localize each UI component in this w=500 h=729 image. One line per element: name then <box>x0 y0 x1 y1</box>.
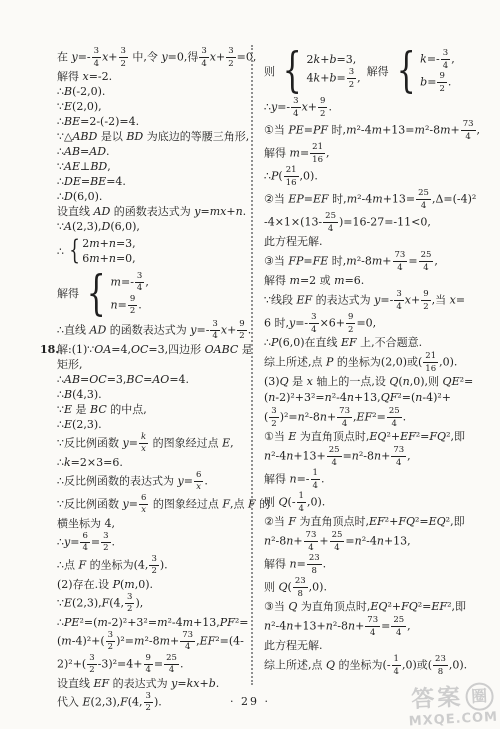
text-line: 在 y=-34x+32 中,令 y=0,得34x+32=0, <box>57 46 251 69</box>
text-line: (3)Q 是 x 轴上的一点,设 Q(n,0),则 QE²= <box>264 374 498 390</box>
fraction: 32 <box>347 67 356 90</box>
fraction: 34 <box>135 271 144 294</box>
text-line: (2)存在.设 P(m,0). <box>57 577 251 592</box>
fraction: 254 <box>387 406 402 429</box>
text-line: ∴y=64=32. <box>57 531 251 554</box>
text-line: ∵A(2,3),D(6,0), <box>57 219 251 234</box>
system-equation: n=92. <box>111 294 149 317</box>
column-divider-dotted-line <box>251 45 253 685</box>
text-line: ③当 FP=FE 时,m²-8m+734=254, <box>264 250 498 273</box>
fraction: 734 <box>337 406 352 429</box>
text-line: ②当 EP=EF 时,m²-4m+13=254,Δ=(-4)² <box>264 188 498 211</box>
left-brace: { <box>396 49 415 92</box>
fraction: 6x <box>194 470 203 493</box>
system-equation: 2k+b=3, <box>307 52 361 67</box>
text-line: 矩形, <box>57 357 251 372</box>
fraction: 64 <box>80 531 89 554</box>
text-line: ∵AE⊥BD, <box>57 159 251 174</box>
fraction: 32 <box>101 531 110 554</box>
watermark-brand-text: 答案 <box>410 685 463 714</box>
fraction: 32 <box>106 630 115 653</box>
fraction: 92 <box>437 71 446 94</box>
text-line: ∴P(6,0)在直线 EF 上,不合题意. <box>264 335 498 351</box>
fraction: 32 <box>149 554 158 577</box>
fraction: 254 <box>391 615 406 638</box>
left-column: 在 y=-34x+32 中,令 y=0,得34x+32=0,解得 x=-2.∴B… <box>57 46 251 714</box>
text-line: ∴D(6,0). <box>57 189 251 204</box>
text-line: 设直线 AD 的函数表达式为 y=mx+n. <box>57 204 251 219</box>
system-equation: k=-34, <box>420 48 455 71</box>
fraction: 734 <box>393 250 408 273</box>
text-line: 2)²+(32-3)²=4+94=254. <box>57 653 251 676</box>
text-line: ∴直线 AD 的函数表达式为 y=-34x+92. <box>57 319 251 342</box>
fraction: 254 <box>416 188 431 211</box>
system-equation: b=92. <box>420 71 455 94</box>
text-line: (m-4)²+(32)²=m²-8m+734,EF²=(4- <box>57 630 251 653</box>
system-rows: k=-34,b=92. <box>420 48 455 94</box>
fraction: 92 <box>346 312 355 335</box>
left-brace: { <box>87 272 106 315</box>
text-line: n²-4n+13+254=n²-8n+734, <box>264 445 498 468</box>
fraction: 92 <box>128 294 137 317</box>
fraction: 94 <box>144 653 153 676</box>
system-prefix: ∴ <box>57 244 64 259</box>
text-line: (32)²=n²-8n+734,EF²=254. <box>264 406 498 429</box>
watermark-brand-circled-char: 圈 <box>464 682 493 711</box>
text-line: 解得{m=-34,n=92. <box>57 269 251 319</box>
fraction: 32 <box>269 406 278 429</box>
watermark-domain-text: MXQE.COM <box>408 711 498 729</box>
fraction: 34 <box>394 289 403 312</box>
text-line: 设直线 EF 的表达式为 y=kx+b. <box>57 676 251 691</box>
text-line: ∴DE=BE=4. <box>57 174 251 189</box>
fraction: 734 <box>180 630 195 653</box>
fraction: 14 <box>311 468 320 491</box>
system-equation: 2m+n=3, <box>82 236 135 251</box>
system-prefix: 解得 <box>367 64 389 79</box>
text-line: ∴反比例函数的表达式为 y=6x. <box>57 470 251 493</box>
fraction: 14 <box>297 491 306 514</box>
text-line: ∴PE²=(m-2)²+3²=m²-4m+13,PF²= <box>57 615 251 630</box>
text-line: 解得 n=-14. <box>264 468 498 491</box>
fraction: 34 <box>441 48 450 71</box>
fraction: 2116 <box>310 142 325 165</box>
fraction: 2116 <box>284 165 299 188</box>
fraction: 32 <box>226 46 235 69</box>
fraction: 34 <box>92 46 101 69</box>
equation-system: 解得{k=-34,b=92. <box>367 48 455 94</box>
text-line: n²-8n+734+254=n²-4n+13, <box>264 530 498 553</box>
text-line: 则 Q(-14,0). <box>264 491 498 514</box>
text-line: ①当 E 为直角顶点时,EQ²+EF²=FQ²,即 <box>264 429 498 445</box>
fraction: 734 <box>365 615 380 638</box>
text-line: (n-2)²+3²=n²-4n+13,QF²=(n-4)²+ <box>264 390 498 406</box>
system-equation: 4k+b=32, <box>307 67 361 90</box>
fraction: 254 <box>164 653 179 676</box>
right-column: 则{2k+b=3,4k+b=32,解得{k=-34,b=92.∴y=-34x+9… <box>264 46 498 677</box>
text-line: ∵反比例函数 y=6x 的图象经过点 F,点 F 的 <box>57 493 251 516</box>
fraction: 2116 <box>423 351 438 374</box>
fraction: 734 <box>461 119 476 142</box>
text-line: ∵△ABD 是以 BD 为底边的等腰三角形, <box>57 129 251 144</box>
fraction: 254 <box>323 211 338 234</box>
fraction: 238 <box>293 576 308 599</box>
text-line: 则 Q(238,0). <box>264 576 498 599</box>
system-equation: m=-34, <box>111 271 149 294</box>
text-line: 解得 x=-2. <box>57 69 251 84</box>
fraction: 14 <box>392 654 401 677</box>
watermark-logo: 答案圈 MXQE.COM <box>407 682 498 729</box>
text-line: ③当 Q 为直角顶点时,EQ²+FQ²=EF²,即 <box>264 599 498 615</box>
left-brace: { <box>69 239 80 263</box>
equation-system: 则{2k+b=3,4k+b=32, <box>264 49 361 92</box>
fraction: 238 <box>433 654 448 677</box>
text-line: 解得 m=2116, <box>264 142 498 165</box>
fraction: kx <box>139 432 148 455</box>
text-line: 此方程无解. <box>264 638 498 654</box>
system-prefix: 解得 <box>57 286 79 301</box>
text-line: ∴y=-34x+92. <box>264 96 498 119</box>
text-line: 解得 n=238. <box>264 553 498 576</box>
text-line: ∴P(2116,0). <box>264 165 498 188</box>
text-line: 综上所述,点 P 的坐标为(2,0)或(2116,0). <box>264 351 498 374</box>
fraction: 32 <box>87 653 96 676</box>
fraction: 254 <box>419 250 434 273</box>
fraction: 34 <box>199 46 208 69</box>
fraction: 734 <box>304 530 319 553</box>
text-line: -4×1×(13-254)=16-27=-11<0, <box>264 211 498 234</box>
text-line: ∴BE=2-(-2)=4. <box>57 114 251 129</box>
text-line: 横坐标为 4, <box>57 516 251 531</box>
fraction: 34 <box>291 96 300 119</box>
text-line: ∵E 是 BC 的中点, <box>57 402 251 417</box>
text-line: 则{2k+b=3,4k+b=32,解得{k=-34,b=92. <box>264 46 498 96</box>
text-line: ∴{2m+n=3,6m+n=0, <box>57 234 251 269</box>
problem-number: 18. <box>40 342 57 357</box>
text-line: 此方程无解. <box>264 234 498 250</box>
equation-system: ∴{2m+n=3,6m+n=0, <box>57 236 136 267</box>
text-line: ∵反比例函数 y=kx 的图象经过点 E, <box>57 432 251 455</box>
text-line: n²-4n+13+n²-8n+734=254, <box>264 615 498 638</box>
fraction: 254 <box>327 445 342 468</box>
fraction: 32 <box>125 592 134 615</box>
text-line: ∴B(-2,0). <box>57 84 251 99</box>
text-line: ②当 F 为直角顶点时,EF²+FQ²=EQ²,即 <box>264 514 498 530</box>
text-line: ∴B(4,3). <box>57 387 251 402</box>
system-prefix: 则 <box>264 64 275 79</box>
fraction: 6x <box>139 493 148 516</box>
system-rows: m=-34,n=92. <box>111 271 149 317</box>
text-line: ∴AB=OC=3,BC=AO=4. <box>57 372 251 387</box>
text-line: ∵E(2,0), <box>57 99 251 114</box>
left-brace: { <box>283 49 302 92</box>
text-line: ①当 PE=PF 时,m²-4m+13=m²-8m+734, <box>264 119 498 142</box>
fraction: 92 <box>421 289 430 312</box>
fraction: 34 <box>210 319 219 342</box>
fraction: 734 <box>391 445 406 468</box>
system-rows: 2k+b=3,4k+b=32, <box>307 52 361 90</box>
workbook-answers-page: 在 y=-34x+32 中,令 y=0,得34x+32=0,解得 x=-2.∴B… <box>0 0 500 729</box>
fraction: 254 <box>330 530 345 553</box>
text-line: 综上所述,点 Q 的坐标为(-14,0)或(238,0). <box>264 654 498 677</box>
text-line: ∵E(2,3),F(4,32), <box>57 592 251 615</box>
text-line: 6 时,y=-34×6+92=0, <box>264 312 498 335</box>
text-line: ∴k=2×3=6. <box>57 455 251 470</box>
text-line: 18.解:(1)∵OA=4,OC=3,四边形 OABC 是 <box>40 342 251 357</box>
equation-system: 解得{m=-34,n=92. <box>57 271 149 317</box>
fraction: 32 <box>119 46 128 69</box>
fraction: 238 <box>307 553 322 576</box>
fraction: 92 <box>318 96 327 119</box>
text-line: 解得 m=2 或 m=6. <box>264 273 498 289</box>
text-line: ∵线段 EF 的表达式为 y=-34x+92,当 x= <box>264 289 498 312</box>
fraction: 34 <box>309 312 318 335</box>
fraction: 92 <box>237 319 246 342</box>
system-rows: 2m+n=3,6m+n=0, <box>82 236 135 267</box>
text-line: ∴E(2,3). <box>57 417 251 432</box>
text-line: ∴AB=AD. <box>57 144 251 159</box>
text-line: ∴点 F 的坐标为(4,32). <box>57 554 251 577</box>
